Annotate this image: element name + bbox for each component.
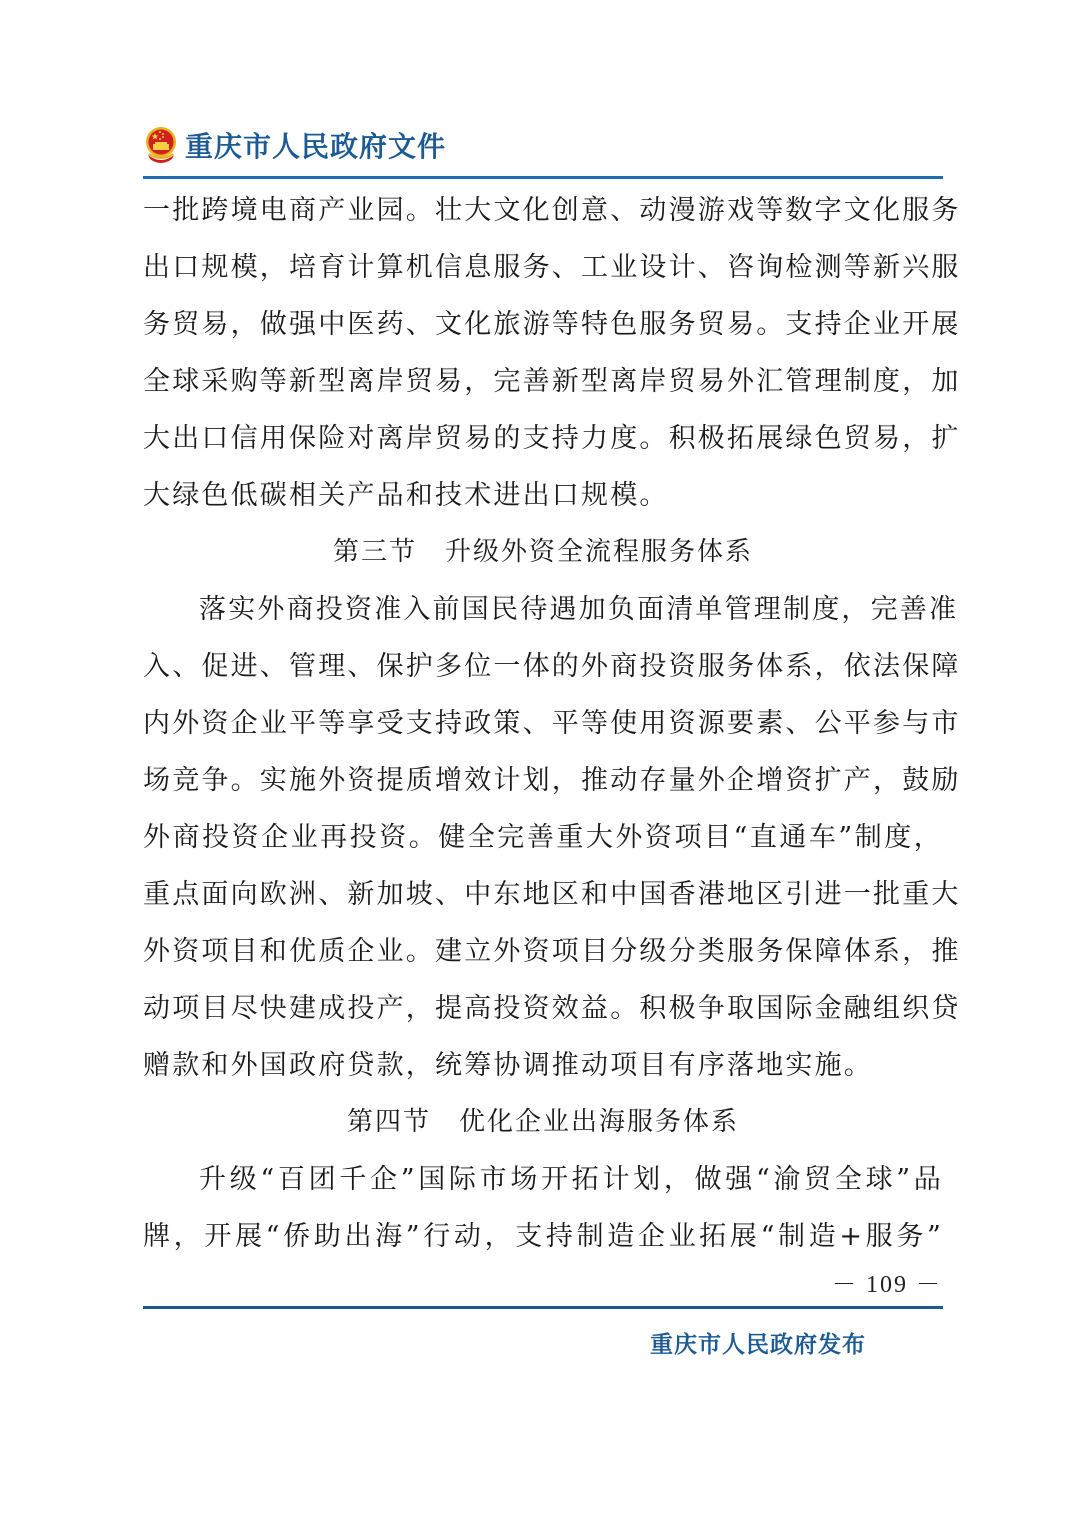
body-line: 升级“百团千企”国际市场开拓计划，做强“渝贸全球”品 xyxy=(143,1151,943,1208)
body-line: 务贸易，做强中医药、文化旅游等特色服务贸易。支持企业开展 xyxy=(143,296,943,353)
body-line: 一批跨境电商产业园。壮大文化创意、动漫游戏等数字文化服务 xyxy=(143,182,943,239)
section-4-title: 第四节 优化企业出海服务体系 xyxy=(143,1094,943,1151)
body-line: 入、促进、管理、保护多位一体的外商投资服务体系，依法保障 xyxy=(143,638,943,695)
body-line: 外商投资企业再投资。健全完善重大外资项目“直通车”制度， xyxy=(143,809,943,866)
page-number: － 109 － xyxy=(832,1264,942,1299)
body-line: 内外资企业平等享受支持政策、平等使用资源要素、公平参与市 xyxy=(143,695,943,752)
body-line: 外资项目和优质企业。建立外资项目分级分类服务保障体系，推 xyxy=(143,923,943,980)
body-line: 全球采购等新型离岸贸易，完善新型离岸贸易外汇管理制度，加 xyxy=(143,353,943,410)
footer-divider xyxy=(143,1306,943,1309)
document-body: 一批跨境电商产业园。壮大文化创意、动漫游戏等数字文化服务 出口规模，培育计算机信… xyxy=(143,182,943,1265)
header-divider xyxy=(143,176,943,179)
footer-publisher: 重庆市人民政府发布 xyxy=(650,1326,866,1359)
body-line: 动项目尽快建成投产，提高投资效益。积极争取国际金融组织贷 xyxy=(143,980,943,1037)
document-header-title: 重庆市人民政府文件 xyxy=(185,125,446,165)
body-line: 赠款和外国政府贷款，统筹协调推动项目有序落地实施。 xyxy=(143,1037,943,1094)
national-emblem-icon xyxy=(143,125,179,165)
body-line: 落实外商投资准入前国民待遇加负面清单管理制度，完善准 xyxy=(143,581,943,638)
body-line: 牌，开展“侨助出海”行动，支持制造企业拓展“制造+服务” xyxy=(143,1208,943,1265)
body-line: 重点面向欧洲、新加坡、中东地区和中国香港地区引进一批重大 xyxy=(143,866,943,923)
document-header: 重庆市人民政府文件 xyxy=(143,120,446,170)
body-line: 场竞争。实施外资提质增效计划，推动存量外企增资扩产，鼓励 xyxy=(143,752,943,809)
body-line: 大出口信用保险对离岸贸易的支持力度。积极拓展绿色贸易，扩 xyxy=(143,410,943,467)
section-3-title: 第三节 升级外资全流程服务体系 xyxy=(143,524,943,581)
body-line: 大绿色低碳相关产品和技术进出口规模。 xyxy=(143,467,943,524)
body-line: 出口规模，培育计算机信息服务、工业设计、咨询检测等新兴服 xyxy=(143,239,943,296)
